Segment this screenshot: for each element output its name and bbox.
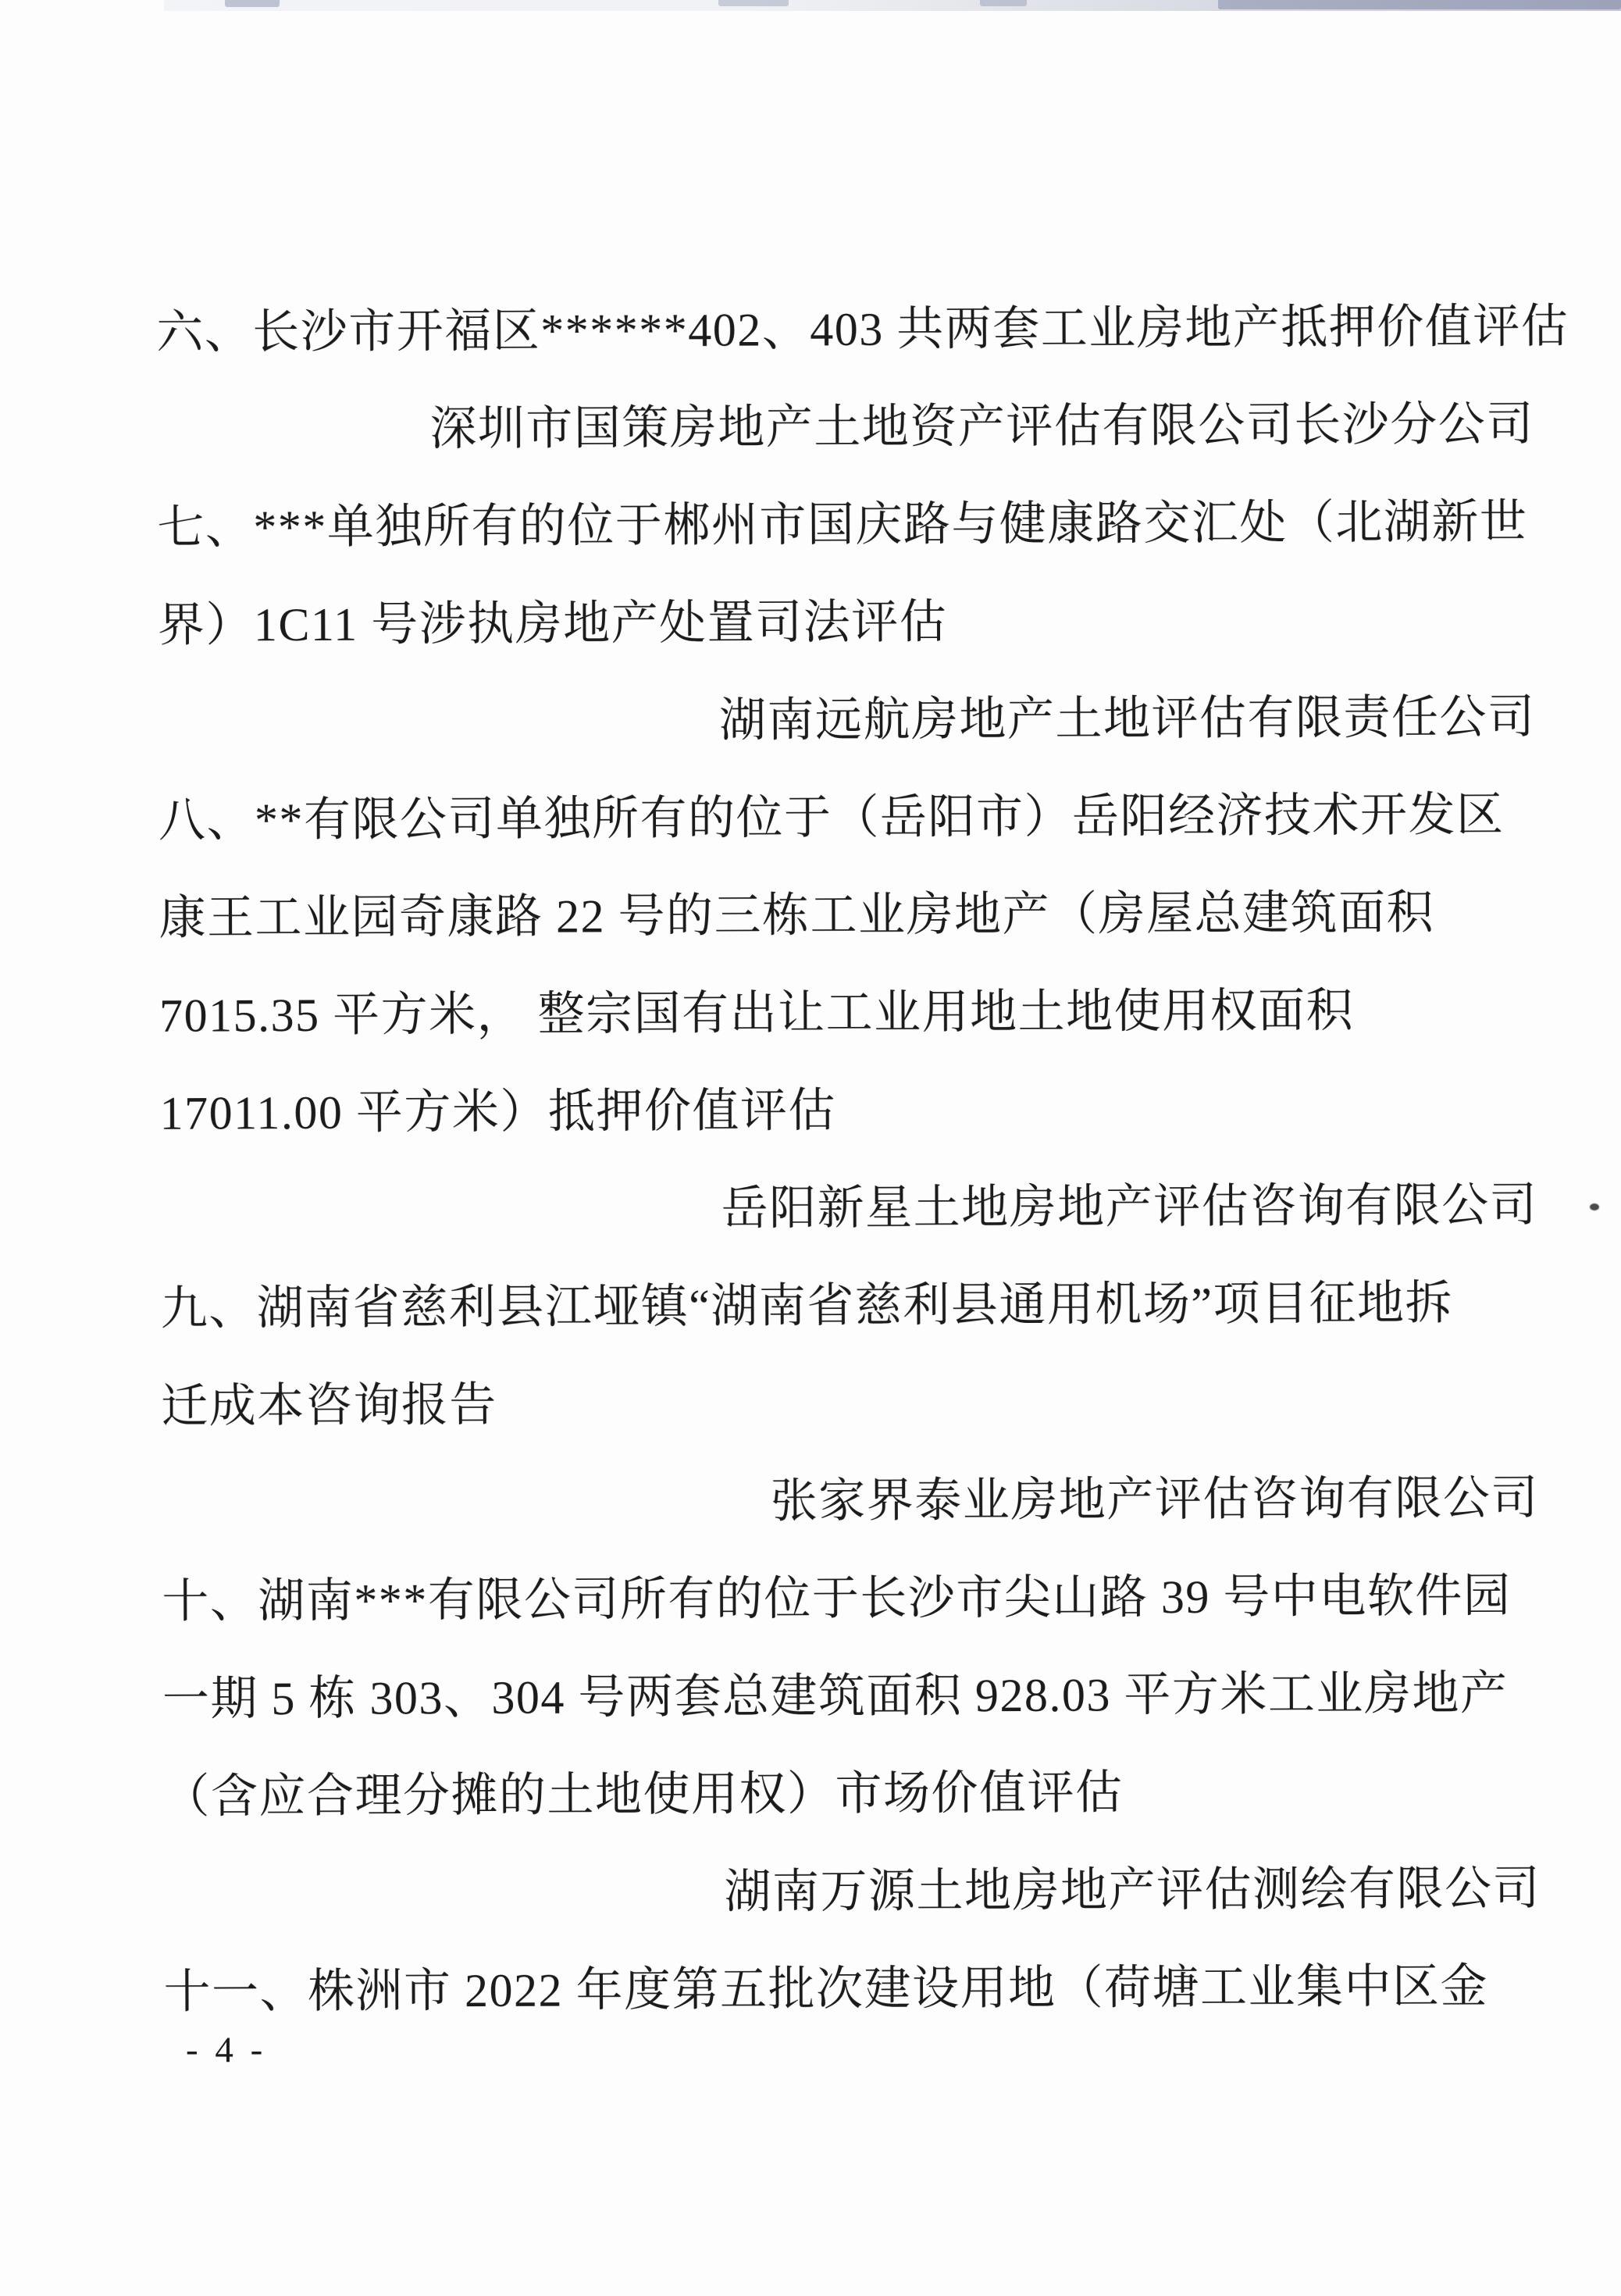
item-line-7: 七、***单独所有的位于郴州市国庆路与健康路交汇处（北湖新世 [157,473,1535,577]
attribution-line: 深圳市国策房地产土地资产评估有限公司长沙分公司 [157,376,1535,480]
continuation-line: 康王工业园奇康路 22 号的三栋工业房地产（房屋总建筑面积 [159,864,1537,968]
item-line-6: 六、长沙市开福区******402、403 共两套工业房地产抵押价值评估 [156,278,1534,382]
item-line-10: 十、湖南***有限公司所有的位于长沙市尖山路 39 号中电软件园 [162,1547,1540,1651]
scan-artifact-dash [225,0,280,7]
continuation-line: 7015.35 平方米， 整宗国有出让工业用地土地使用权面积 [159,961,1537,1065]
page-number: - 4 - [186,2029,266,2071]
scan-artifact-ink-dot [1590,1203,1599,1210]
continuation-line: （含应合理分摊的土地使用权）市场价值评估 [162,1742,1541,1846]
item-line-9: 九、湖南省慈利县江垭镇“湖南省慈利县通用机场”项目征地拆 [160,1254,1538,1358]
item-line-11: 十一、株洲市 2022 年度第五批次建设用地（荷塘工业集中区金 [163,1938,1541,2041]
scan-artifact-dash [718,0,789,6]
attribution-line: 岳阳新星土地房地产评估咨询有限公司 [160,1157,1538,1260]
continuation-line: 17011.00 平方米）抵押价值评估 [159,1059,1537,1163]
scan-artifact-dash [980,0,1027,6]
continuation-line: 界）1C11 号涉执房地产处置司法评估 [158,571,1536,675]
continuation-line: 一期 5 栋 303、304 号两套总建筑面积 928.03 平方米工业房地产 [162,1645,1541,1749]
attribution-line: 湖南万源土地房地产评估测绘有限公司 [163,1840,1541,1944]
scan-artifact-dash [1218,0,1621,9]
attribution-line: 张家界泰业房地产评估咨询有限公司 [162,1449,1540,1553]
item-line-8: 八、**有限公司单独所有的位于（岳阳市）岳阳经济技术开发区 [159,766,1537,870]
continuation-line: 迁成本咨询报告 [161,1352,1539,1456]
attribution-line: 湖南远航房地产土地评估有限责任公司 [158,668,1536,772]
document-body: 六、长沙市开福区******402、403 共两套工业房地产抵押价值评估 深圳市… [156,278,1541,2041]
scanned-document-page: 六、长沙市开福区******402、403 共两套工业房地产抵押价值评估 深圳市… [0,0,1621,2296]
